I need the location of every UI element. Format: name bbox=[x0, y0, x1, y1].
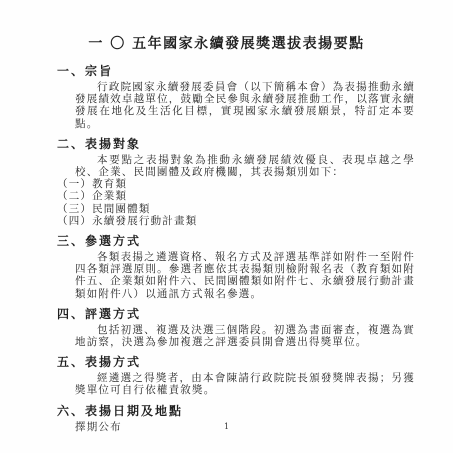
section-heading: 六、表揚日期及地點 bbox=[57, 404, 415, 418]
page-number: 1 bbox=[0, 422, 453, 431]
section-body: 包括初選、複選及決選三個階段。初選為書面審查，複選為實地訪察，決選為參加複選之評… bbox=[75, 324, 415, 348]
document-page: 一 〇 五年國家永續發展獎選拔表揚要點 一、宗旨 行政院國家永續發展委員會（以下… bbox=[0, 0, 453, 453]
section-content: 行政院國家永續發展委員會（以下簡稱本會）為表揚推動永續發展績效卓越單位，鼓勵全民… bbox=[75, 81, 415, 130]
section-commend-method: 五、表揚方式 經遴選之得獎者，由本會陳請行政院院長頒發獎牌表揚；另獲獎單位可自行… bbox=[57, 355, 415, 396]
section-heading: 五、表揚方式 bbox=[57, 355, 415, 369]
list-item: （二）企業類 bbox=[57, 190, 415, 202]
section-body: 經遴選之得獎者，由本會陳請行政院院長頒發獎牌表揚；另獲獎單位可自行依權責敘獎。 bbox=[75, 372, 415, 396]
section-body: 各類表揚之遴選資格、報名方式及評選基準詳如附件一至附件四各類評選原則。參選者應依… bbox=[75, 251, 415, 300]
section-content: 本要點之表揚對象為推動永續發展績效優良、表現卓越之學校、企業、民間團體及政府機關… bbox=[75, 154, 415, 178]
list-item: （四）永續發展行動計畫類 bbox=[57, 215, 415, 227]
section-commend-targets: 二、表揚對象 本要點之表揚對象為推動永續發展績效優良、表現卓越之學校、企業、民間… bbox=[57, 137, 415, 227]
section-entry-method: 三、參選方式 各類表揚之遴選資格、報名方式及評選基準詳如附件一至附件四各類評選原… bbox=[57, 234, 415, 300]
section-content: 經遴選之得獎者，由本會陳請行政院院長頒發獎牌表揚；另獲獎單位可自行依權責敘獎。 bbox=[75, 372, 415, 396]
section-purpose: 一、宗旨 行政院國家永續發展委員會（以下簡稱本會）為表揚推動永續發展績效卓越單位… bbox=[57, 64, 415, 130]
category-list: （一）教育類 （二）企業類 （三）民間團體類 （四）永續發展行動計畫類 bbox=[57, 178, 415, 227]
section-heading: 三、參選方式 bbox=[57, 234, 415, 248]
section-content: 各類表揚之遴選資格、報名方式及評選基準詳如附件一至附件四各類評選原則。參選者應依… bbox=[75, 251, 415, 300]
section-evaluation-method: 四、評選方式 包括初選、複選及決選三個階段。初選為書面審查，複選為實地訪察，決選… bbox=[57, 307, 415, 348]
list-item: （三）民間團體類 bbox=[57, 203, 415, 215]
section-heading: 一、宗旨 bbox=[57, 64, 415, 78]
list-item: （一）教育類 bbox=[57, 178, 415, 190]
page-title: 一 〇 五年國家永續發展獎選拔表揚要點 bbox=[38, 34, 415, 54]
section-heading: 四、評選方式 bbox=[57, 307, 415, 321]
section-content: 包括初選、複選及決選三個階段。初選為書面審查，複選為實地訪察，決選為參加複選之評… bbox=[75, 324, 415, 348]
section-body: 本要點之表揚對象為推動永續發展績效優良、表現卓越之學校、企業、民間團體及政府機關… bbox=[75, 154, 415, 178]
section-body: 行政院國家永續發展委員會（以下簡稱本會）為表揚推動永續發展績效卓越單位，鼓勵全民… bbox=[75, 81, 415, 130]
section-heading: 二、表揚對象 bbox=[57, 137, 415, 151]
